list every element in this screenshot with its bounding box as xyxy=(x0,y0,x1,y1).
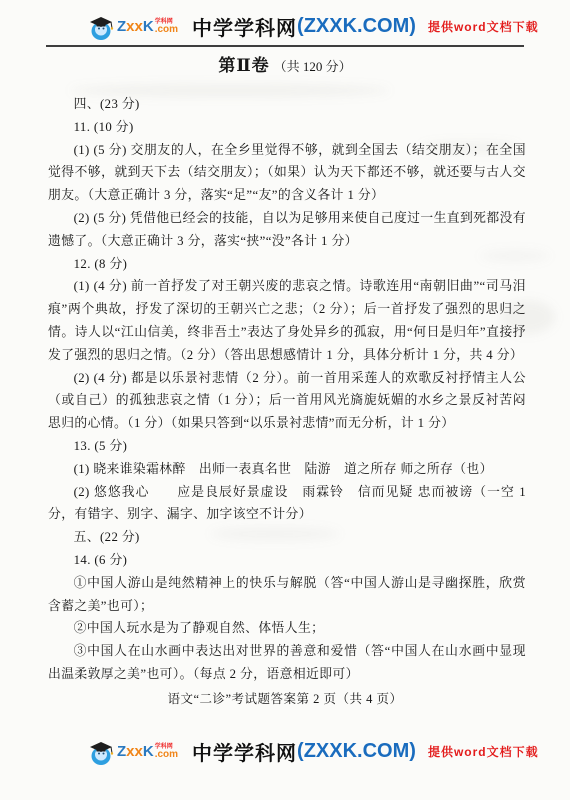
logo-domain-suffix: .com xyxy=(155,25,178,35)
answer-paragraph: 14. (6 分) xyxy=(48,549,526,572)
scanned-answer-page: ZxxK 学科网 .com 中学学科网 (ZXXK.COM) 提供word文档下… xyxy=(0,0,570,800)
answer-paragraph: 四、(23 分) xyxy=(48,93,526,116)
site-name: 中学学科网 xyxy=(192,12,297,41)
zxxk-logo-sub: 学科网 .com xyxy=(155,744,178,760)
zxxk-mascot-icon xyxy=(88,13,115,41)
answer-paragraph: ②中国人玩水是为了静观自然、体悟人生； xyxy=(48,617,526,640)
header-divider xyxy=(46,45,524,47)
answer-paragraph: 13. (5 分) xyxy=(48,435,526,458)
site-banner-footer: ZxxK 学科网 .com 中学学科网 (ZXXK.COM) 提供word文档下… xyxy=(0,737,570,766)
answer-paragraph: (2) (5 分) 凭借他已经会的技能，自以为足够用来使自己度过一生直到死都没有… xyxy=(48,207,526,253)
page-number: 语文“二诊”考试题答案第 2 页（共 4 页） xyxy=(0,689,570,707)
answer-paragraph: (2) (4 分) 都是以乐景衬悲情（2 分）。前一首用采莲人的欢歌反衬抒情主人… xyxy=(48,367,526,435)
site-banner-header: ZxxK 学科网 .com 中学学科网 (ZXXK.COM) 提供word文档下… xyxy=(0,12,570,41)
title-sub: （共 120 分） xyxy=(274,59,352,74)
answer-paragraph: (1) (4 分) 前一首抒发了对王朝兴废的悲哀之情。诗歌连用“南朝旧曲”“司马… xyxy=(48,275,526,366)
site-domain: (ZXXK.COM) xyxy=(297,15,416,38)
answer-paragraph: 12. (8 分) xyxy=(48,253,526,276)
page-title: 第Ⅱ卷 （共 120 分） xyxy=(0,54,570,79)
answer-paragraph: (1) 晓来谁染霜林醉 出师一表真名世 陆游 道之所存 师之所存（也） xyxy=(48,458,526,481)
answer-paragraph: (2) 悠悠我心 应是良辰好景虚设 雨霖铃 信而见疑 忠而被谤（一空 1 分，有… xyxy=(48,481,526,527)
site-name: 中学学科网 xyxy=(192,737,297,766)
zxxk-logo-sub: 学科网 .com xyxy=(155,19,178,35)
answers-section: 四、(23 分) 11. (10 分) (1) (5 分) 交朋友的人，在全乡里… xyxy=(48,93,526,686)
answer-paragraph: (1) (5 分) 交朋友的人，在全乡里觉得不够，就到全国去（结交朋友）；在全国… xyxy=(48,139,526,207)
zxxk-logo-text: ZxxK xyxy=(117,19,154,34)
answer-paragraph: 11. (10 分) xyxy=(48,116,526,139)
title-main: 第Ⅱ卷 xyxy=(218,56,269,75)
answer-paragraph: ③中国人在山水画中表达出对世界的善意和爱惜（答“中国人在山水画中显现出温柔敦厚之… xyxy=(48,640,526,686)
promo-text: 提供word文档下载 xyxy=(428,18,539,35)
site-domain: (ZXXK.COM) xyxy=(297,740,416,763)
zxxk-logo-text: ZxxK xyxy=(117,744,154,759)
logo-domain-suffix: .com xyxy=(155,750,178,760)
answer-paragraph: ①中国人游山是纯然精神上的快乐与解脱（答“中国人游山是寻幽探胜，欣赏含蓄之美”也… xyxy=(48,572,526,618)
promo-text: 提供word文档下载 xyxy=(428,743,539,760)
zxxk-mascot-icon xyxy=(88,738,115,766)
answer-paragraph: 五、(22 分) xyxy=(48,526,526,549)
